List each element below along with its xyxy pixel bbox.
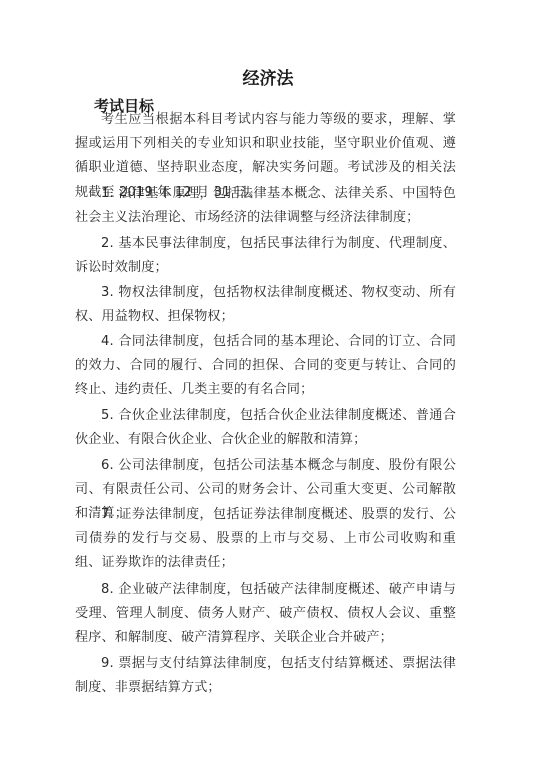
- list-item: 2. 基本民事法律制度，包括民事法律行为制度、代理制度、诉讼时效制度；: [75, 232, 456, 280]
- list-item: 7. 证券法律制度，包括证券法律制度概述、股票的发行、公司债券的发行与交易、股票…: [75, 503, 456, 576]
- list-item: 4. 合同法律制度，包括合同的基本理论、合同的订立、合同的效力、合同的履行、合同…: [75, 330, 456, 403]
- list-item: 9. 票据与支付结算法律制度，包括支付结算概述、票据法律制度、非票据结算方式；: [75, 652, 456, 700]
- list-item: 1. 法律基本原理，包括法律基本概念、法律关系、中国特色社会主义法治理论、市场经…: [75, 182, 456, 230]
- list-item: 5. 合伙企业法律制度，包括合伙企业法律制度概述、普通合伙企业、有限合伙企业、合…: [75, 404, 456, 452]
- list-item: 3. 物权法律制度，包括物权法律制度概述、物权变动、所有权、用益物权、担保物权；: [75, 281, 456, 329]
- list-item: 8. 企业破产法律制度，包括破产法律制度概述、破产申请与受理、管理人制度、债务人…: [75, 578, 456, 651]
- document-title: 经济法: [0, 64, 536, 89]
